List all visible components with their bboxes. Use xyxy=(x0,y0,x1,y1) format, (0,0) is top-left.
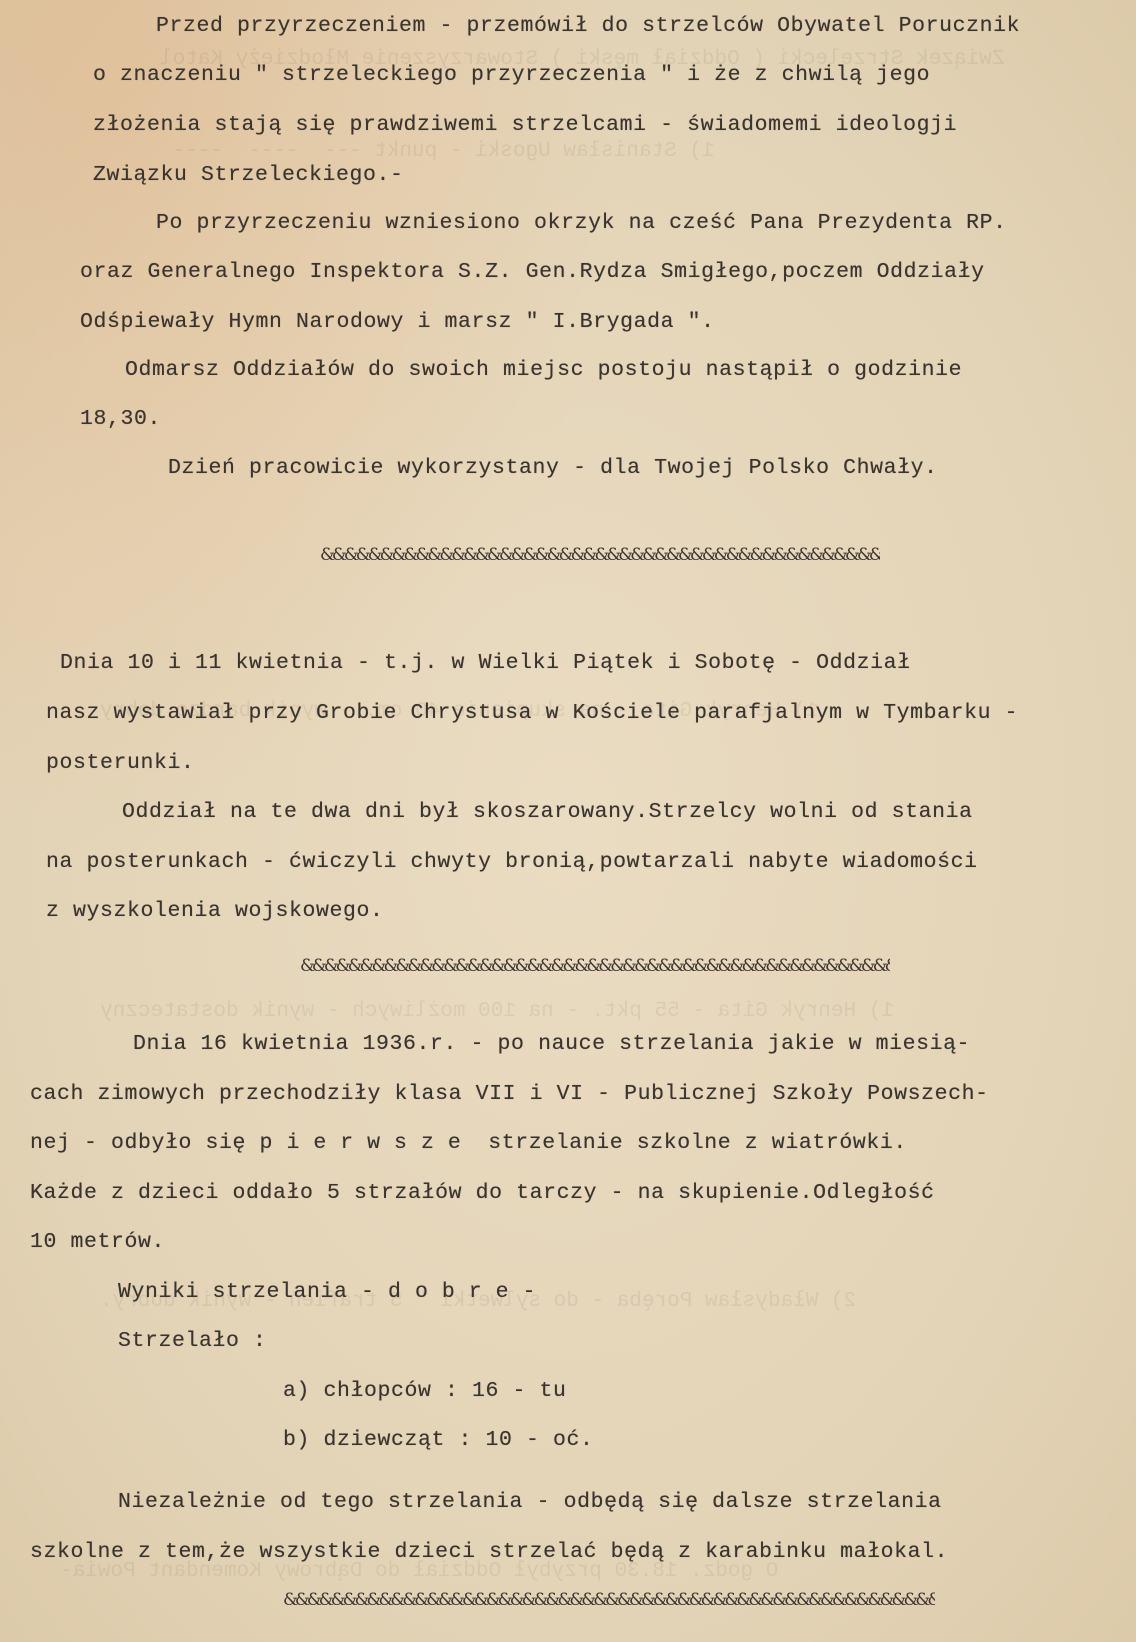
ornamental-divider: &&&&&&&&&&&&&&&&&&&&&&&&&&&&&&&&&&&&&&&&… xyxy=(300,958,890,974)
paragraph-7-line-3-start: nej - odbyło się xyxy=(30,1131,260,1155)
results-label: Wyniki strzelania - xyxy=(118,1280,388,1304)
paragraph-7-line-1: Dnia 16 kwietnia 1936.r. - po nauce strz… xyxy=(133,1032,970,1056)
result-item-boys: a) chłopców : 16 - tu xyxy=(283,1379,567,1403)
shooters-label: Strzelało : xyxy=(118,1329,267,1353)
paragraph-6-line-3: z wyszkolenia wojskowego. xyxy=(46,899,384,923)
results-heading: Wyniki strzelania - dobre- xyxy=(118,1280,536,1304)
paragraph-2-line-1: Po przyrzeczeniu wzniesiono okrzyk na cz… xyxy=(156,211,1007,235)
paragraph-5-line-3: posterunki. xyxy=(46,751,195,775)
paragraph-6-line-2: na posterunkach - ćwiczyli chwyty bronią… xyxy=(46,850,978,874)
paragraph-5-line-2: nasz wystawiał przy Grobie Chrystusa w K… xyxy=(46,701,1018,725)
paragraph-2-line-2: oraz Generalnego Inspektora S.Z. Gen.Ryd… xyxy=(80,260,985,284)
ornamental-divider: &&&&&&&&&&&&&&&&&&&&&&&&&&&&&&&&&&&&&&&&… xyxy=(283,1592,935,1608)
paragraph-3-line-2: 18,30. xyxy=(80,407,161,431)
document-page: Związek Strzelecki ( Oddział męski ) Sto… xyxy=(0,0,1136,1642)
paragraph-1-line-1: Przed przyrzeczeniem - przemówił do strz… xyxy=(156,14,1020,38)
paragraph-6-line-1: Oddział na te dwa dni był skoszarowany.S… xyxy=(122,800,973,824)
paragraph-1-line-2: o znaczeniu " strzeleckiego przyrzeczeni… xyxy=(93,63,930,87)
paragraph-7-line-3: nej - odbyło się pierwsze strzelanie szk… xyxy=(30,1131,907,1155)
paragraph-1-line-3: złożenia stają się prawdziwemi strzelcam… xyxy=(93,113,957,137)
emphasized-word: pierwsze xyxy=(260,1131,475,1155)
paragraph-5-line-1: Dnia 10 i 11 kwietnia - t.j. w Wielki Pi… xyxy=(60,651,911,675)
paragraph-7-line-3-end: strzelanie szkolne z wiatrówki. xyxy=(475,1131,907,1155)
ornamental-divider: &&&&&&&&&&&&&&&&&&&&&&&&&&&&&&&&&&&&&&&&… xyxy=(320,547,880,563)
paragraph-3-line-1: Odmarsz Oddziałów do swoich miejsc posto… xyxy=(125,358,962,382)
paragraph-7-line-5: 10 metrów. xyxy=(30,1230,165,1254)
bleed-through-texture: 1) Henryk Gita - 55 pkt. - na 100 możliw… xyxy=(100,1000,894,1023)
paragraph-7-line-2: cach zimowych przechodziły klasa VII i V… xyxy=(30,1082,989,1106)
paragraph-7-line-4: Każde z dzieci oddało 5 strzałów do tarc… xyxy=(30,1181,935,1205)
paragraph-8-line-2: szkolne z tem,że wszystkie dzieci strzel… xyxy=(30,1540,948,1564)
results-value: dobre xyxy=(388,1280,523,1304)
results-dash: - xyxy=(523,1280,537,1304)
bleed-through-texture: 1) Stanisław Ugoski - punkt --- ---- ---… xyxy=(160,140,715,163)
result-item-girls: b) dziewcząt : 10 - oć. xyxy=(283,1428,594,1452)
paragraph-4-line-1: Dzień pracowicie wykorzystany - dla Twoj… xyxy=(168,456,938,480)
paragraph-1-line-4: Związku Strzeleckiego.- xyxy=(93,163,404,187)
paragraph-8-line-1: Niezależnie od tego strzelania - odbędą … xyxy=(118,1490,942,1514)
paragraph-2-line-3: Odśpiewały Hymn Narodowy i marsz " I.Bry… xyxy=(80,310,715,334)
